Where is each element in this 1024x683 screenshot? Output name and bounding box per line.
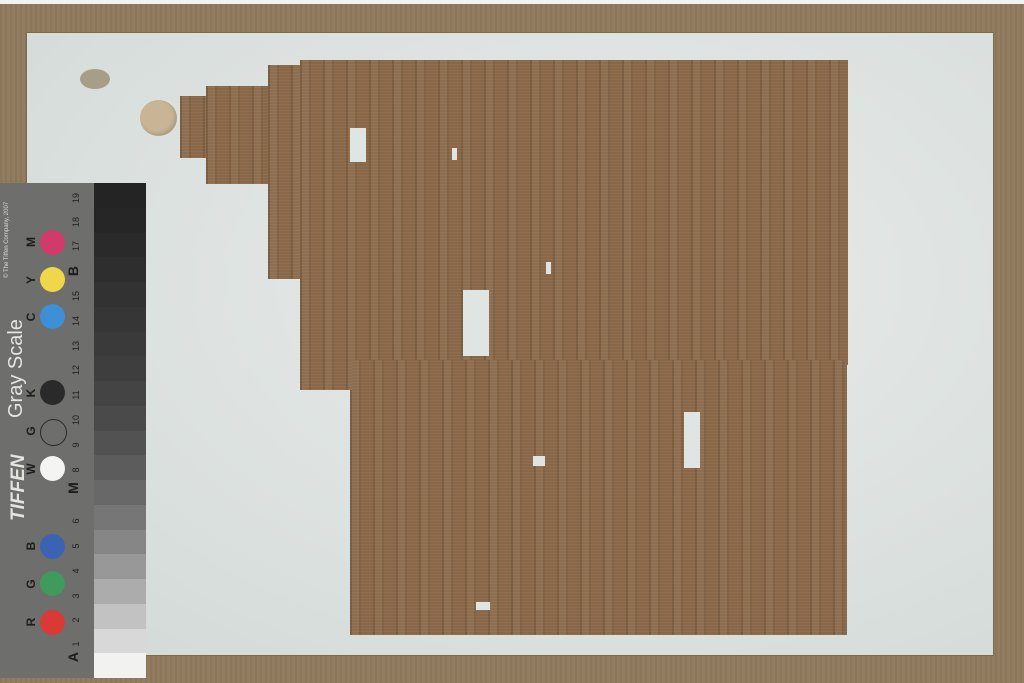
label-m: M	[24, 235, 38, 249]
papyrus-hole	[452, 148, 457, 160]
step-18: 18	[71, 215, 81, 229]
step-6: 6	[71, 514, 81, 528]
step-8: 8	[71, 463, 81, 477]
papyrus-hole	[463, 290, 489, 356]
neutral-gray-swatch	[40, 419, 67, 446]
step-15: 15	[71, 289, 81, 303]
step-19: 19	[71, 191, 81, 205]
step-12: 12	[71, 363, 81, 377]
yellow-swatch	[40, 267, 65, 292]
step-17: 17	[71, 239, 81, 253]
papyrus-fragment-left-strip	[180, 96, 206, 158]
label-g-neutral: G	[24, 424, 38, 438]
papyrus-hole	[684, 412, 700, 468]
green-swatch	[40, 571, 65, 596]
marker-a: A	[65, 650, 81, 664]
marker-m: M	[65, 481, 81, 495]
papyrus-fragment-upper-body	[300, 60, 848, 365]
chart-title: Gray Scale	[5, 319, 28, 418]
label-r: R	[24, 615, 38, 629]
marker-b: B	[65, 264, 81, 278]
oval-fragment	[80, 69, 110, 89]
red-swatch	[40, 610, 65, 635]
label-k: K	[24, 386, 38, 400]
label-g: G	[24, 577, 38, 591]
magenta-swatch	[40, 230, 65, 255]
step-13: 13	[71, 339, 81, 353]
label-b: B	[24, 539, 38, 553]
step-9: 9	[71, 438, 81, 452]
label-y: Y	[24, 273, 38, 287]
papyrus-hole	[533, 456, 545, 466]
step-11: 11	[71, 388, 81, 402]
step-2: 2	[71, 613, 81, 627]
black-swatch	[40, 380, 65, 405]
gray-step-wedge	[94, 183, 146, 678]
label-c: C	[24, 310, 38, 324]
round-fragment	[140, 100, 177, 136]
step-5: 5	[71, 539, 81, 553]
cyan-swatch	[40, 304, 65, 329]
papyrus-fragment-mid-left	[300, 360, 352, 390]
step-4: 4	[71, 564, 81, 578]
papyrus-hole	[476, 602, 490, 610]
step-14: 14	[71, 314, 81, 328]
chart-copyright: © The Tiffen Company, 2007	[4, 202, 10, 278]
step-1: 1	[71, 637, 81, 651]
papyrus-fragment-main-body	[350, 360, 847, 635]
papyrus-hole	[546, 262, 551, 274]
step-3: 3	[71, 589, 81, 603]
blue-swatch	[40, 534, 65, 559]
tiffen-gray-scale-chart: TIFFEN Gray Scale © The Tiffen Company, …	[0, 183, 146, 678]
label-w: W	[24, 462, 38, 476]
white-swatch	[40, 456, 65, 481]
papyrus-hole	[350, 128, 366, 162]
step-10: 10	[71, 413, 81, 427]
